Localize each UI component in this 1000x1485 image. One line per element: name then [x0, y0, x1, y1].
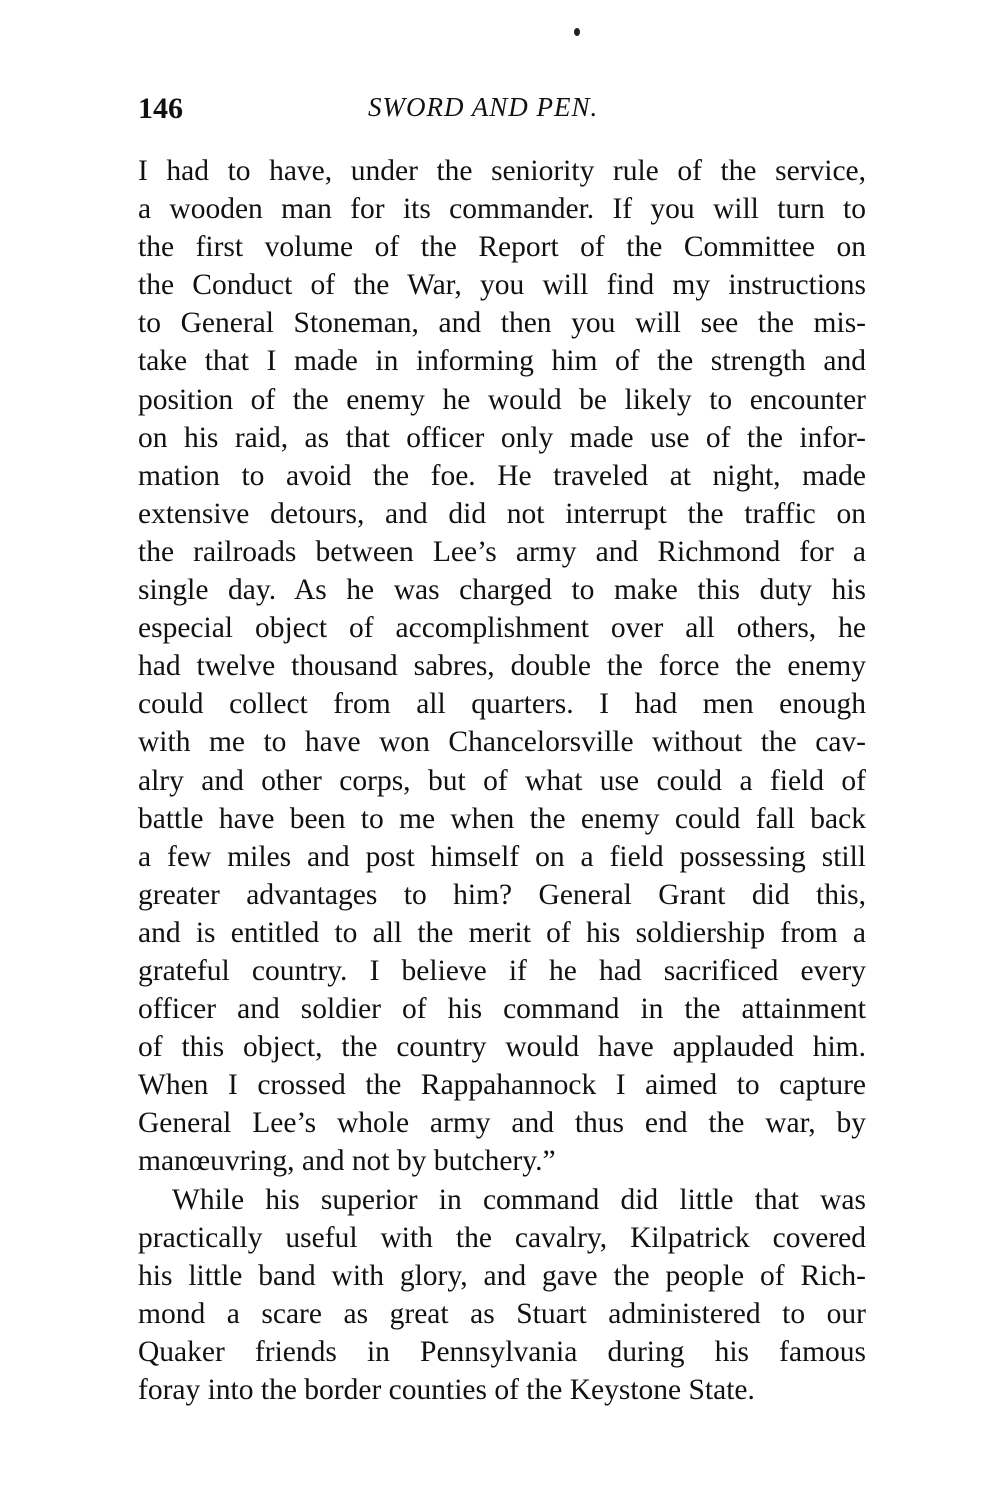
text-line: a few miles and post himself on a field …: [138, 838, 866, 876]
text-line: I had to have, under the seniority rule …: [138, 152, 866, 190]
text-line: alry and other corps, but of what use co…: [138, 762, 866, 800]
text-line: position of the enemy he would be likely…: [138, 381, 866, 419]
text-line: mond a scare as great as Stuart administ…: [138, 1295, 866, 1333]
text-line: Quaker friends in Pennsylvania during hi…: [138, 1333, 866, 1371]
text-line: battle have been to me when the enemy co…: [138, 800, 866, 838]
text-line: and is entitled to all the merit of his …: [138, 914, 866, 952]
text-line: the first volume of the Report of the Co…: [138, 228, 866, 266]
text-line: single day. As he was charged to make th…: [138, 571, 866, 609]
paragraph-2: While his superior in command did little…: [138, 1181, 866, 1410]
text-line: General Lee’s whole army and thus end th…: [138, 1104, 866, 1142]
text-line: While his superior in command did little…: [138, 1181, 866, 1219]
text-line: take that I made in informing him of the…: [138, 342, 866, 380]
text-line: grateful country. I believe if he had sa…: [138, 952, 866, 990]
text-line: the railroads between Lee’s army and Ric…: [138, 533, 866, 571]
text-line: of this object, the country would have a…: [138, 1028, 866, 1066]
text-line: extensive detours, and did not interrupt…: [138, 495, 866, 533]
text-line: foray into the border counties of the Ke…: [138, 1371, 866, 1409]
page-number: 146: [138, 92, 183, 126]
text-line: on his raid, as that officer only made u…: [138, 419, 866, 457]
ink-speck: [574, 28, 580, 36]
text-line: mation to avoid the foe. He traveled at …: [138, 457, 866, 495]
body-text: I had to have, under the seniority rule …: [138, 152, 866, 1409]
text-line: practically useful with the cavalry, Kil…: [138, 1219, 866, 1257]
text-line: had twelve thousand sabres, double the f…: [138, 647, 866, 685]
text-line: manœuvring, and not by butchery.”: [138, 1142, 866, 1180]
text-line: greater advantages to him? General Grant…: [138, 876, 866, 914]
text-line: could collect from all quarters. I had m…: [138, 685, 866, 723]
paragraph-1: I had to have, under the seniority rule …: [138, 152, 866, 1181]
text-line: When I crossed the Rappahannock I aimed …: [138, 1066, 866, 1104]
text-line: with me to have won Chancelorsville with…: [138, 723, 866, 761]
text-line: officer and soldier of his command in th…: [138, 990, 866, 1028]
text-line: to General Stoneman, and then you will s…: [138, 304, 866, 342]
book-page: 146 SWORD AND PEN. I had to have, under …: [0, 0, 1000, 1485]
text-line: his little band with glory, and gave the…: [138, 1257, 866, 1295]
text-line: a wooden man for its commander. If you w…: [138, 190, 866, 228]
running-title: SWORD AND PEN.: [368, 92, 598, 123]
text-line: the Conduct of the War, you will find my…: [138, 266, 866, 304]
page-header: 146 SWORD AND PEN.: [138, 92, 868, 132]
text-line: especial object of accomplishment over a…: [138, 609, 866, 647]
